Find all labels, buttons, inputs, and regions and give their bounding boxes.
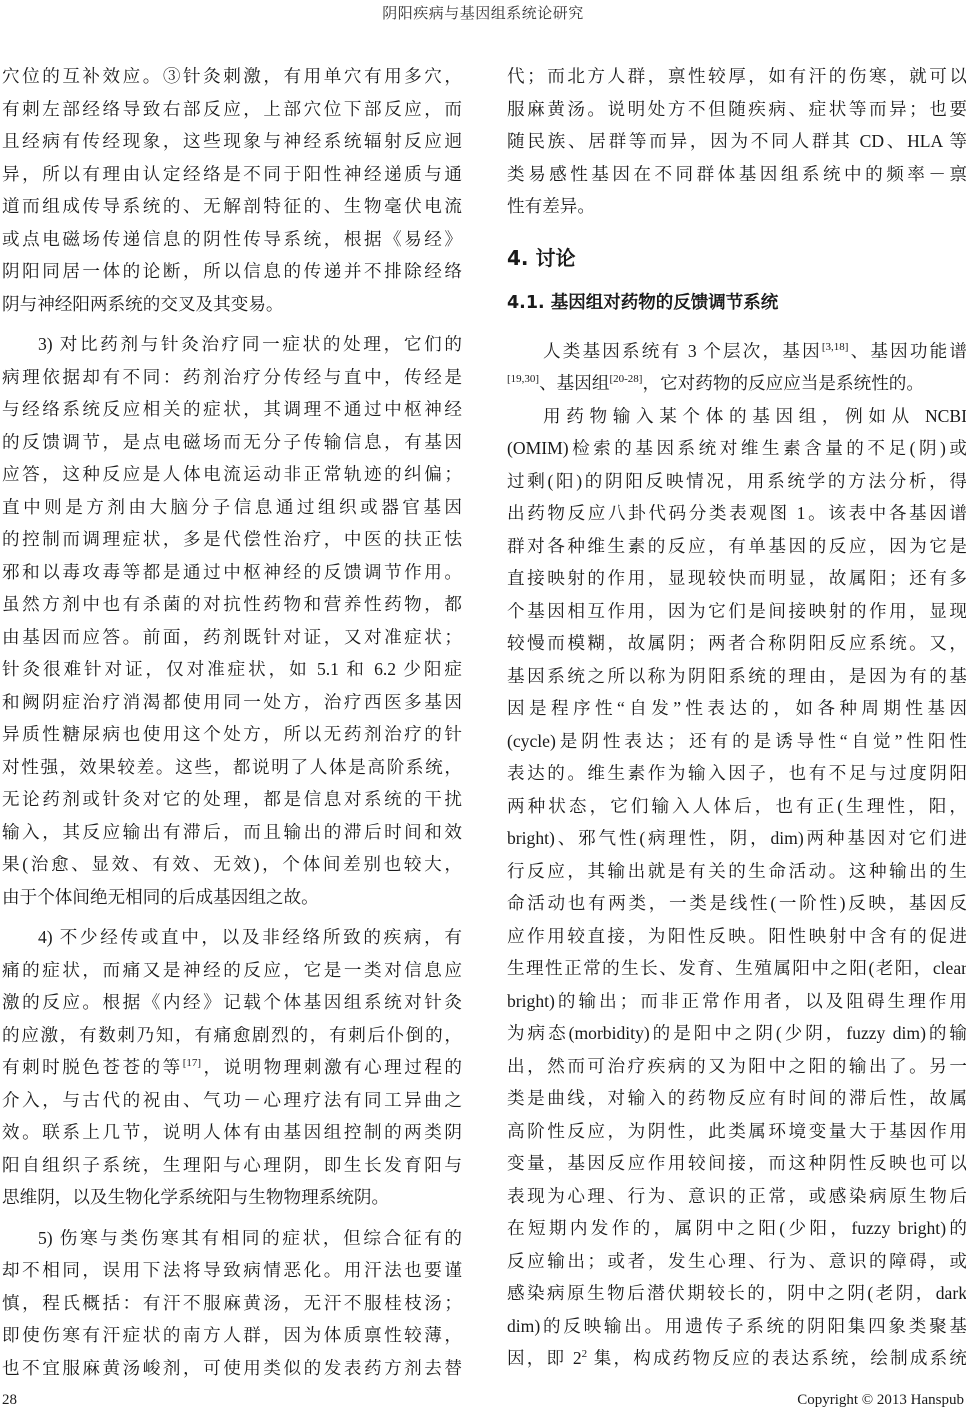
paragraph: 用药物输入某个体的基因组，例如从 NCBI (OMIM)检索的基因系统对维生素含… — [507, 400, 966, 1375]
text-line: 类是曲线，对输入的药物反应有时间的滞后性，故属 — [507, 1082, 966, 1115]
text-line: 效。联系上几节，说明人体有由基因组控制的两类阴 — [2, 1116, 462, 1149]
text-line: 输入，其反应输出有滞后，而且输出的滞后时间和效 — [2, 816, 462, 849]
text-line: 介入，与古代的祝由、气功－心理疗法有同工异曲之 — [2, 1084, 462, 1117]
text-fragment: 有刺时脱色苍苍的等 — [2, 1057, 183, 1077]
section-heading: 4. 讨论 — [507, 243, 966, 273]
text-line: 两种状态，它们输入人体后，也有正(生理性，阳， — [507, 790, 966, 823]
paragraph: 人类基因系统有 3 个层次，基因[3,18]、基因功能谱 [19,30]、基因组… — [507, 335, 966, 400]
text-line: 直中则是方剂由大脑分子信息通过组织或器官基因 — [2, 491, 462, 524]
text-line: 行反应，其输出就是有关的生命活动。这种输出的生 — [507, 855, 966, 888]
left-column: 穴位的互补效应。③针灸刺激，有用单穴有用多穴， 有刺左部经络导致右部反应，上部穴… — [2, 60, 462, 1384]
text-line: 基因系统之所以称为阴阳系统的理由，是因为有的基 — [507, 660, 966, 693]
text-line-with-citation: [19,30]、基因组[20-28]，它对药物的反应应当是系统性的。 — [507, 367, 966, 400]
text-line: 慎，程氏概括：有汗不服麻黄汤，无汗不服桂枝汤； — [2, 1287, 462, 1320]
text-line: 在短期内发作的，属阴中之阳(少阳，fuzzy bright)的 — [507, 1212, 966, 1245]
text-line: bright)、邪气性(病理性，阴，dim)两种基因对它们进 — [507, 822, 966, 855]
text-line: 邪和以毒攻毒等都是通过中枢神经的反馈调节作用。 — [2, 556, 462, 589]
text-fragment: ，说明物理刺激有心理过程的 — [201, 1057, 462, 1077]
text-line: 群对各种维生素的反应，有单基因的反应，因为它是 — [507, 530, 966, 563]
text-line: 应作用较直接，为阳性反映。阳性映射中含有的促进 — [507, 920, 966, 953]
text-line: 出，然而可治疗疾病的又为阳中之阳的输出了。另一 — [507, 1050, 966, 1083]
text-line: 应答，这种反应是人体电流运动非正常轨迹的纠偏； — [2, 458, 462, 491]
citation-19-30: [19,30] — [507, 373, 539, 385]
text-line: 的控制而调理症状，多是代偿性治疗，中医的扶正怯 — [2, 523, 462, 556]
text-line: 表达的。维生素作为输入因子，也有不足与过度阴阳 — [507, 757, 966, 790]
text-fragment: 人类基因系统有 3 个层次，基因 — [543, 341, 822, 361]
text-line: 由基因而应答。前面，药剂既针对证，又对准症状； — [2, 621, 462, 654]
text-line: 用药物输入某个体的基因组，例如从 NCBI — [507, 400, 966, 433]
text-line-with-superscript: 因，即 22 集，构成药物反应的表达系统，绘制成系统 — [507, 1342, 966, 1375]
text-line: 激的反应。根据《内经》记载个体基因组系统对针灸 — [2, 986, 462, 1019]
paragraph-item-4: 4) 不少经传或直中，以及非经络所致的疾病，有 痛的症状，而痛又是神经的反应，它… — [2, 921, 462, 1214]
text-line: 的应激，有数刺乃知，有痛愈剧烈的，有刺后仆倒的， — [2, 1019, 462, 1052]
text-line: 表现为心理、行为、意识的正常，或感染病原生物后 — [507, 1180, 966, 1213]
text-line: 为病态(morbidity)的是阳中之阴(少阴，fuzzy dim)的输 — [507, 1017, 966, 1050]
text-line-with-citation: 有刺时脱色苍苍的等[17]，说明物理刺激有心理过程的 — [2, 1051, 462, 1084]
text-line: 较慢而模糊，故属阴；两者合称阴阳反应系统。又， — [507, 627, 966, 660]
text-line: 由于个体间绝无相同的后成基因组之故。 — [2, 881, 462, 914]
citation-20-28: [20-28] — [609, 373, 642, 385]
text-line: 异质性糖尿病也使用这个处方，所以无药剂治疗的针 — [2, 718, 462, 751]
text-line: 5) 伤寒与类伤寒其有相同的症状，但综合征有的 — [2, 1222, 462, 1255]
text-line: 异，所以有理由认定经络是不同于阳性神经递质与通 — [2, 158, 462, 191]
text-line: 或点电磁场传递信息的阴性传导系统，根据《易经》 — [2, 223, 462, 256]
text-line: 和阙阴症治疗消渴都使用同一处方，治疗西医多基因 — [2, 686, 462, 719]
text-line: 的反馈调节，是点电磁场而无分子传输信息，有基因 — [2, 426, 462, 459]
paragraph: 代；而北方人群，禀性较厚，如有汗的伤寒，就可以 服麻黄汤。说明处方不但随疾病、症… — [507, 60, 966, 223]
text-line: 与经络系统反应相关的症状，其调理不通过中枢神经 — [2, 393, 462, 426]
text-line: dim)的反映输出。用遗传子系统的阴阳集四象类聚基 — [507, 1310, 966, 1343]
text-line: 因是程序性“自发”性表达的，如各种周期性基因 — [507, 692, 966, 725]
text-line: 道而组成传导系统的、无解剖特征的、生物毫伏电流 — [2, 190, 462, 223]
text-line: 果(治愈、显效、有效、无效)，个体间差别也较大， — [2, 848, 462, 881]
text-line: 命活动也有两类，一类是线性(一阶性)反映，基因反 — [507, 887, 966, 920]
paragraph-item-5: 5) 伤寒与类伤寒其有相同的症状，但综合征有的 却不相同，误用下法将导致病情恶化… — [2, 1222, 462, 1385]
text-line: 个基因相互作用，因为它们是间接映射的作用，显现 — [507, 595, 966, 628]
subsection-heading: 4.1. 基因组对药物的反馈调节系统 — [507, 289, 966, 317]
text-line: 服麻黄汤。说明处方不但随疾病、症状等而异；也要 — [507, 93, 966, 126]
text-line: 高阶性反应，为阴性，此类属环境变量大于基因作用 — [507, 1115, 966, 1148]
text-line: 且经病有传经现象，这些现象与神经系统辐射反应迥 — [2, 125, 462, 158]
text-line: bright)的输出；而非正常作用者，以及阻碍生理作用 — [507, 985, 966, 1018]
text-line: 类易感性基因在不同群体基因组系统中的频率－禀 — [507, 158, 966, 191]
paragraph-item-3: 3) 对比药剂与针灸治疗同一症状的处理，它们的 病理依据却有不同：药剂治疗分传经… — [2, 328, 462, 913]
text-line: 对性强，效果较差。这些，都说明了人体是高阶系统， — [2, 751, 462, 784]
text-line: 出药物反应八卦代码分类表观图 1。该表中各基因谱 — [507, 497, 966, 530]
text-fragment: 因，即 2 — [507, 1348, 582, 1368]
text-line: 代；而北方人群，禀性较厚，如有汗的伤寒，就可以 — [507, 60, 966, 93]
text-line: 虽然方剂中也有杀菌的对抗性药物和营养性药物，都 — [2, 588, 462, 621]
text-fragment: ，它对药物的反应应当是系统性的。 — [642, 373, 924, 393]
text-line: 也不宜服麻黄汤峻剂，可使用类似的发表药方剂去替 — [2, 1352, 462, 1385]
text-line: (OMIM)检索的基因系统对维生素含量的不足(阴)或 — [507, 432, 966, 465]
text-line: 思维阴，以及生物化学系统阳与生物物理系统阴。 — [2, 1181, 462, 1214]
text-line: 阴阳同居一体的论断，所以信息的传递并不排除经络 — [2, 255, 462, 288]
text-line: 痛的症状，而痛又是神经的反应，它是一类对信息应 — [2, 954, 462, 987]
text-line: 阴与神经阳两系统的交叉及其变易。 — [2, 288, 462, 321]
text-line: 病理依据却有不同：药剂治疗分传经与直中，传经是 — [2, 361, 462, 394]
citation-17: [17] — [183, 1057, 201, 1069]
text-line: 穴位的互补效应。③针灸刺激，有用单穴有用多穴， — [2, 60, 462, 93]
copyright-notice: Copyright © 2013 Hanspub — [797, 1392, 964, 1409]
text-line: 无论药剂或针灸对它的处理，都是信息对系统的干扰 — [2, 783, 462, 816]
text-line: 3) 对比药剂与针灸治疗同一症状的处理，它们的 — [2, 328, 462, 361]
text-line: (cycle)是阴性表达；还有的是诱导性“自觉”性阳性 — [507, 725, 966, 758]
text-line: 变量，基因反应作用较间接，而这种阴性反映也可以 — [507, 1147, 966, 1180]
text-line: 有刺左部经络导致右部反应，上部穴位下部反应，而 — [2, 93, 462, 126]
running-header-title: 阴阳疾病与基因组系统论研究 — [0, 2, 966, 23]
text-line: 生理性正常的生长、发育、生殖属阳中之阳(老阳，clear — [507, 952, 966, 985]
text-line: 感染病原生物后潜伏期较长的，阴中之阴(老阴，dark — [507, 1277, 966, 1310]
right-column: 代；而北方人群，禀性较厚，如有汗的伤寒，就可以 服麻黄汤。说明处方不但随疾病、症… — [507, 60, 966, 1375]
text-line: 过剩(阳)的阴阳反映情况，用系统学的方法分析，得 — [507, 465, 966, 498]
text-line: 阳自组织子系统，生理阳与心理阴，即生长发育阳与 — [2, 1149, 462, 1182]
text-line: 直接映射的作用，显现较快而明显，故属阳；还有多 — [507, 562, 966, 595]
text-line: 却不相同，误用下法将导致病情恶化。用汗法也要谨 — [2, 1254, 462, 1287]
text-line: 4) 不少经传或直中，以及非经络所致的疾病，有 — [2, 921, 462, 954]
text-fragment: 、基因组 — [539, 373, 609, 393]
text-fragment: 、基因功能谱 — [848, 341, 966, 361]
text-fragment: 集，构成药物反应的表达系统，绘制成系统 — [587, 1348, 966, 1368]
text-line: 反应输出；或者，发生心理、行为、意识的障碍，或 — [507, 1245, 966, 1278]
text-line: 随民族、居群等而异，因为不同人群其 CD、HLA 等 — [507, 125, 966, 158]
citation-3-18: [3,18] — [822, 341, 849, 353]
text-line: 针灸很难针对证，仅对准症状，如 5.1 和 6.2 少阳症 — [2, 653, 462, 686]
page-number: 28 — [2, 1392, 17, 1409]
text-line-with-citation: 人类基因系统有 3 个层次，基因[3,18]、基因功能谱 — [507, 335, 966, 368]
text-line: 即使伤寒有汗症状的南方人群，因为体质禀性较薄， — [2, 1319, 462, 1352]
text-line: 性有差异。 — [507, 190, 966, 223]
paragraph: 穴位的互补效应。③针灸刺激，有用单穴有用多穴， 有刺左部经络导致右部反应，上部穴… — [2, 60, 462, 320]
